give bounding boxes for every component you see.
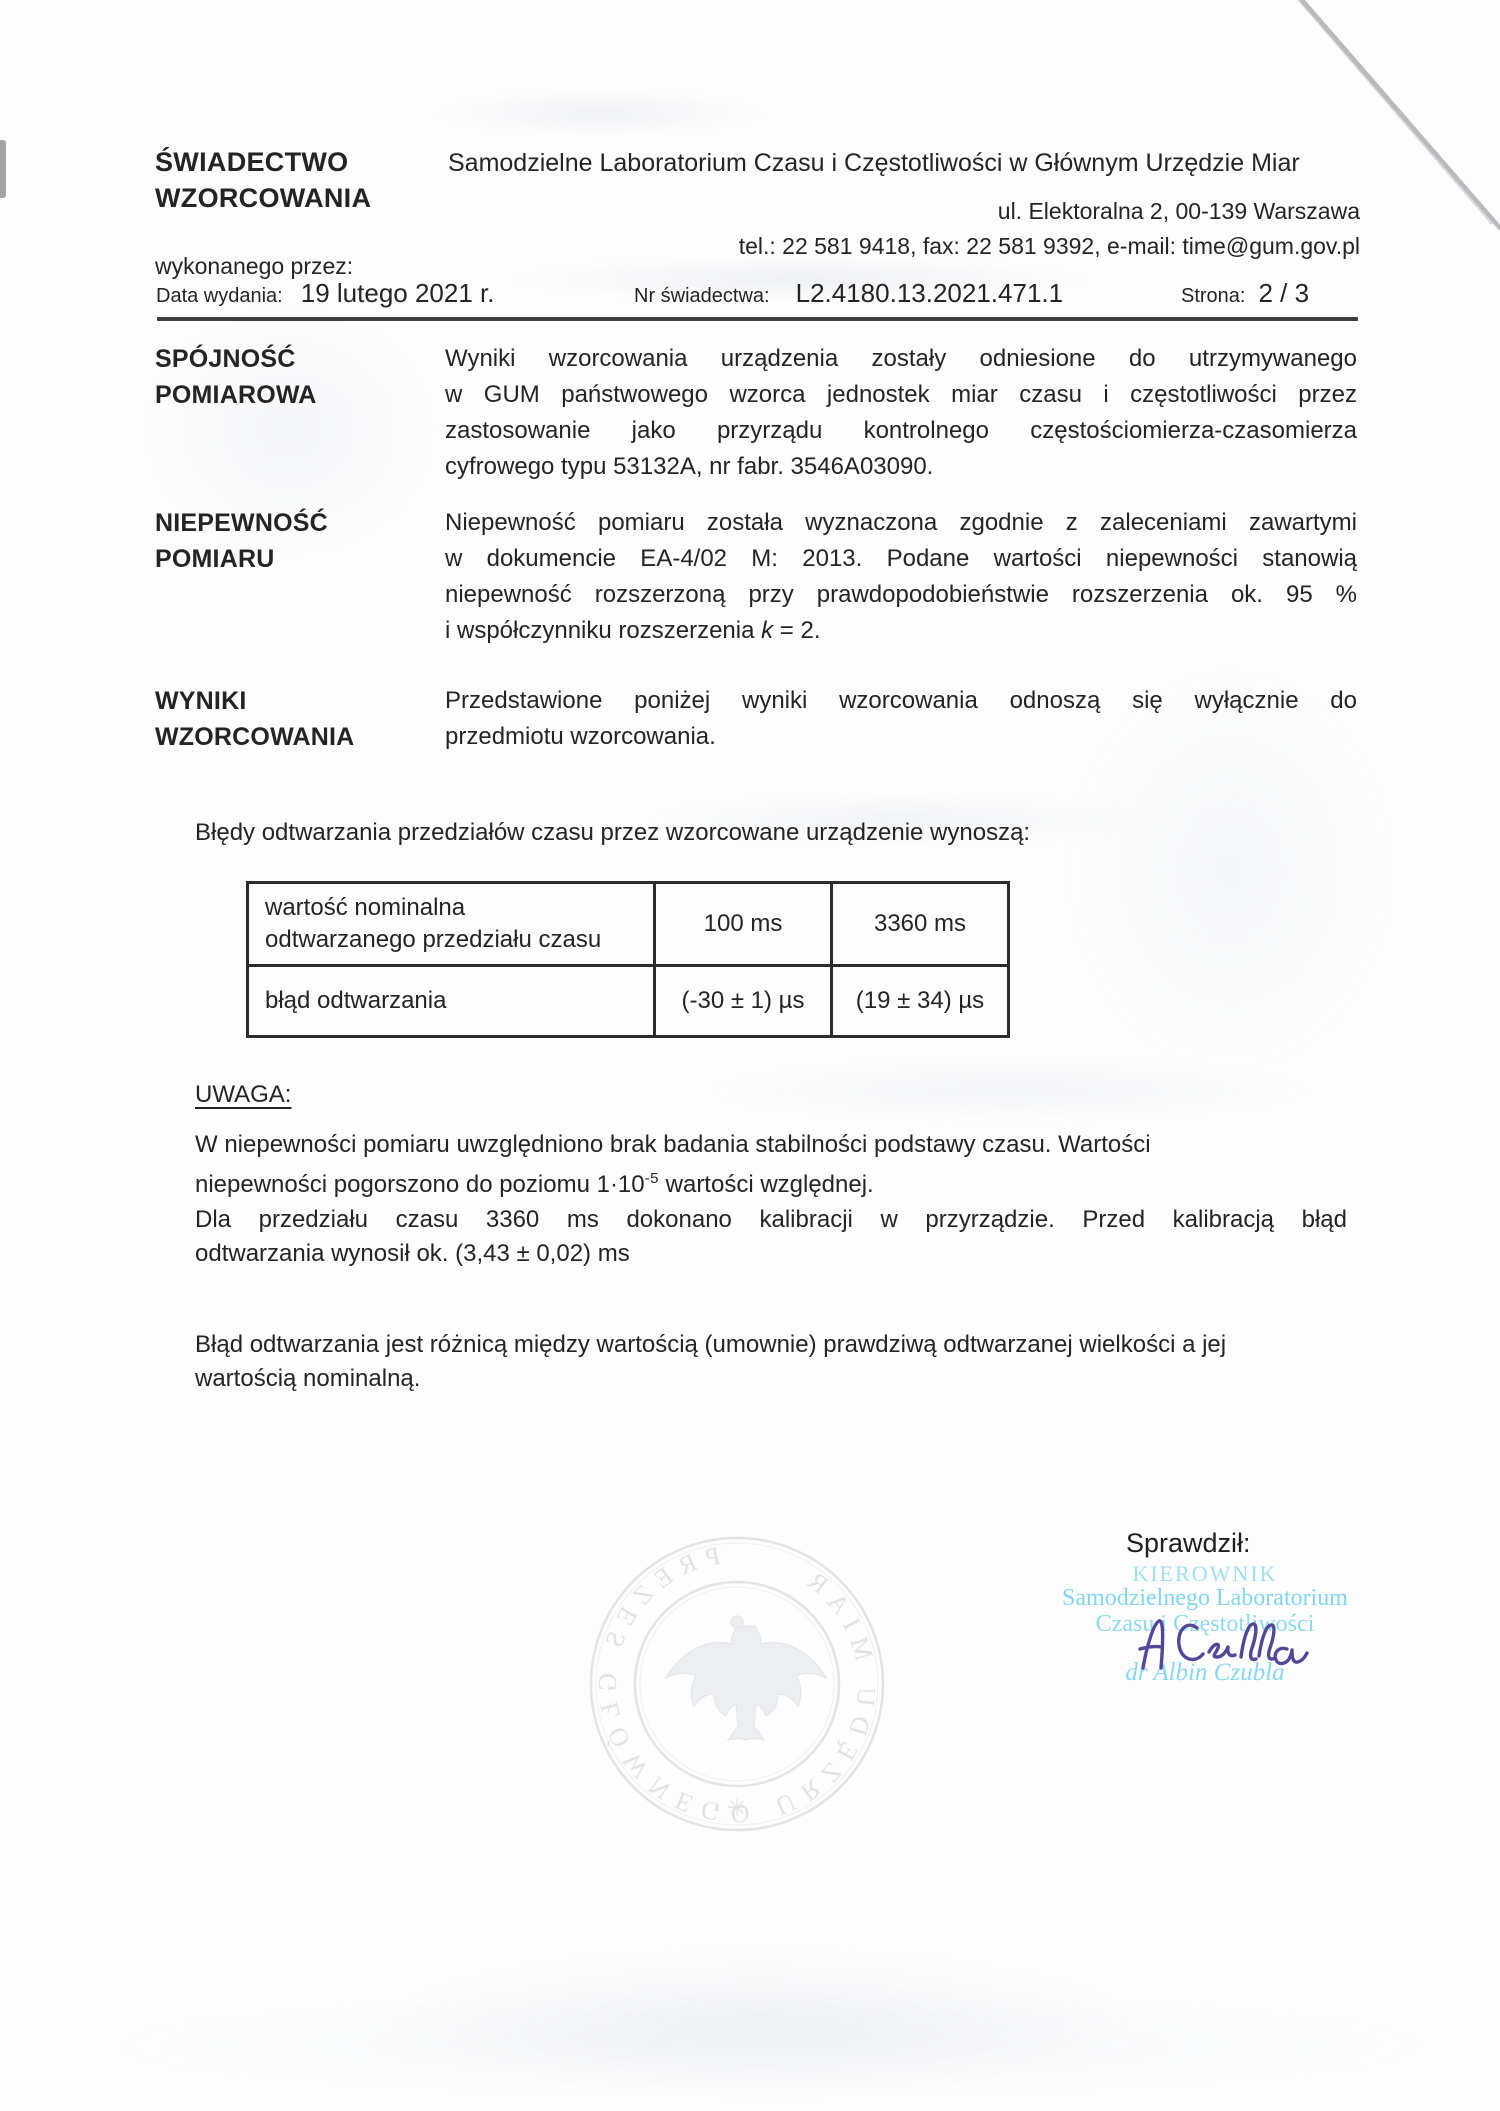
body-line: W niepewności pomiaru uwzględniono brak … bbox=[195, 1128, 1350, 1162]
document-type-line1: ŚWIADECTWO bbox=[155, 144, 371, 180]
body-line: Przedstawione poniżej wyniki wzorcowania… bbox=[445, 683, 1357, 719]
cell-line: odtwarzanego przedziału czasu bbox=[265, 924, 601, 956]
body-line: przedmiotu wzorcowania. bbox=[445, 719, 1357, 755]
bleed-through-artifact bbox=[120, 1990, 1420, 2100]
laboratory-name: Samodzielne Laboratorium Czasu i Częstot… bbox=[448, 148, 1300, 178]
note-title: UWAGA: bbox=[195, 1081, 291, 1109]
issue-date-group: Data wydania: 19 lutego 2021 r. bbox=[156, 278, 494, 309]
section-body-traceability: Wyniki wzorcowania urządzenia zostały od… bbox=[445, 341, 1357, 485]
embossed-seal: PREZES GŁÓWNEGO URZĘDU MIAR ✳ bbox=[587, 1534, 887, 1834]
note-paragraph-stability: W niepewności pomiaru uwzględniono brak … bbox=[195, 1128, 1350, 1202]
scan-edge-mark bbox=[0, 140, 6, 198]
certificate-meta-row: Data wydania: 19 lutego 2021 r. Nr świad… bbox=[0, 278, 1500, 318]
document-type-subtitle: wykonanego przez: bbox=[155, 252, 353, 280]
body-text: i współczynniku rozszerzenia bbox=[445, 617, 761, 644]
body-line: zastosowanie jako przyrządu kontrolnego … bbox=[445, 413, 1357, 449]
body-line: niepewność rozszerzoną przy prawdopodobi… bbox=[445, 577, 1357, 613]
body-line: Dla przedziału czasu 3360 ms dokonano ka… bbox=[195, 1203, 1347, 1237]
page-number-label: Strona: bbox=[1181, 285, 1245, 308]
section-heading-results: WYNIKI WZORCOWANIA bbox=[155, 683, 440, 755]
handwritten-signature bbox=[1135, 1612, 1325, 1674]
seal-eagle bbox=[666, 1616, 826, 1740]
section-heading-uncertainty: NIEPEWNOŚĆ POMIARU bbox=[155, 505, 440, 577]
table-cell-error-label: błąd odtwarzania bbox=[249, 967, 656, 1035]
coverage-factor-symbol: k bbox=[761, 617, 773, 644]
body-text: = 2. bbox=[773, 617, 820, 644]
table-cell-error-3360ms: (19 ± 34) µs bbox=[833, 967, 1007, 1035]
body-line: niepewności pogorszono do poziomu 1·10-5… bbox=[195, 1162, 1350, 1202]
header-divider bbox=[157, 317, 1358, 321]
stamp-organization-line1: Samodzielnego Laboratorium bbox=[1025, 1585, 1385, 1612]
body-line: w GUM państwowego wzorca jednostek miar … bbox=[445, 377, 1357, 413]
laboratory-contact: tel.: 22 581 9418, fax: 22 581 9392, e-m… bbox=[445, 232, 1360, 260]
laboratory-address: ul. Elektoralna 2, 00-139 Warszawa bbox=[445, 197, 1360, 225]
table-cell-nominal-100ms: 100 ms bbox=[656, 884, 833, 964]
body-line: cyfrowego typu 53132A, nr fabr. 3546A030… bbox=[445, 449, 1357, 485]
table-cell-nominal-3360ms: 3360 ms bbox=[833, 884, 1007, 964]
certificate-number-group: Nr świadectwa: L2.4180.13.2021.471.1 bbox=[634, 278, 1063, 309]
section-body-uncertainty: Niepewność pomiaru została wyznaczona zg… bbox=[445, 505, 1357, 649]
error-definition-paragraph: Błąd odtwarzania jest różnicą między war… bbox=[195, 1328, 1350, 1396]
heading-line: NIEPEWNOŚĆ bbox=[155, 505, 440, 541]
approved-by-label: Sprawdził: bbox=[1126, 1528, 1251, 1559]
seal-star: ✳ bbox=[727, 1795, 747, 1822]
table-cell-error-100ms: (-30 ± 1) µs bbox=[656, 967, 833, 1035]
certificate-page: ŚWIADECTWO WZORCOWANIA wykonanego przez:… bbox=[0, 0, 1500, 2111]
body-text: niepewności pogorszono do poziomu 1·10 bbox=[195, 1171, 645, 1198]
body-line: Niepewność pomiaru została wyznaczona zg… bbox=[445, 505, 1357, 541]
body-line: i współczynniku rozszerzenia k = 2. bbox=[445, 613, 1357, 649]
body-text: wartości względnej. bbox=[659, 1171, 874, 1198]
heading-line: WYNIKI bbox=[155, 683, 440, 719]
calibration-results-table: wartość nominalna odtwarzanego przedział… bbox=[246, 881, 1010, 1038]
section-body-results: Przedstawione poniżej wyniki wzorcowania… bbox=[445, 683, 1357, 755]
body-line: odtwarzania wynosił ok. (3,43 ± 0,02) ms bbox=[195, 1237, 1350, 1271]
stamp-title: KIEROWNIK bbox=[1025, 1561, 1385, 1587]
results-intro: Błędy odtwarzania przedziałów czasu prze… bbox=[195, 818, 1030, 848]
table-row: błąd odtwarzania (-30 ± 1) µs (19 ± 34) … bbox=[249, 967, 1007, 1035]
table-cell-nominal-label: wartość nominalna odtwarzanego przedział… bbox=[249, 884, 656, 964]
body-line: wartością nominalną. bbox=[195, 1362, 1350, 1396]
issue-date-label: Data wydania: bbox=[156, 285, 283, 308]
document-type-line2: WZORCOWANIA bbox=[155, 180, 371, 216]
bleed-through-artifact bbox=[380, 1945, 1140, 2095]
bleed-through-artifact bbox=[430, 88, 770, 138]
section-heading-traceability: SPÓJNOŚĆ POMIAROWA bbox=[155, 341, 440, 413]
body-line: Wyniki wzorcowania urządzenia zostały od… bbox=[445, 341, 1357, 377]
heading-line: WZORCOWANIA bbox=[155, 719, 440, 755]
page-number-group: Strona: 2 / 3 bbox=[1181, 278, 1309, 309]
note-paragraph-calibration: Dla przedziału czasu 3360 ms dokonano ka… bbox=[195, 1203, 1350, 1271]
body-line: w dokumencie EA-4/02 M: 2013. Podane war… bbox=[445, 541, 1357, 577]
issue-date-value: 19 lutego 2021 r. bbox=[301, 278, 495, 309]
page-number-value: 2 / 3 bbox=[1258, 278, 1309, 309]
exponent-superscript: -5 bbox=[645, 1170, 659, 1187]
table-row: wartość nominalna odtwarzanego przedział… bbox=[249, 884, 1007, 967]
heading-line: SPÓJNOŚĆ bbox=[155, 341, 440, 377]
bleed-through-artifact bbox=[700, 1055, 1320, 1125]
heading-line: POMIAROWA bbox=[155, 377, 440, 413]
document-type-title: ŚWIADECTWO WZORCOWANIA bbox=[155, 144, 371, 216]
certificate-number-label: Nr świadectwa: bbox=[634, 285, 770, 308]
heading-line: POMIARU bbox=[155, 541, 440, 577]
certificate-number-value: L2.4180.13.2021.471.1 bbox=[796, 278, 1063, 309]
cell-line: wartość nominalna bbox=[265, 892, 465, 924]
body-line: Błąd odtwarzania jest różnicą między war… bbox=[195, 1328, 1350, 1362]
